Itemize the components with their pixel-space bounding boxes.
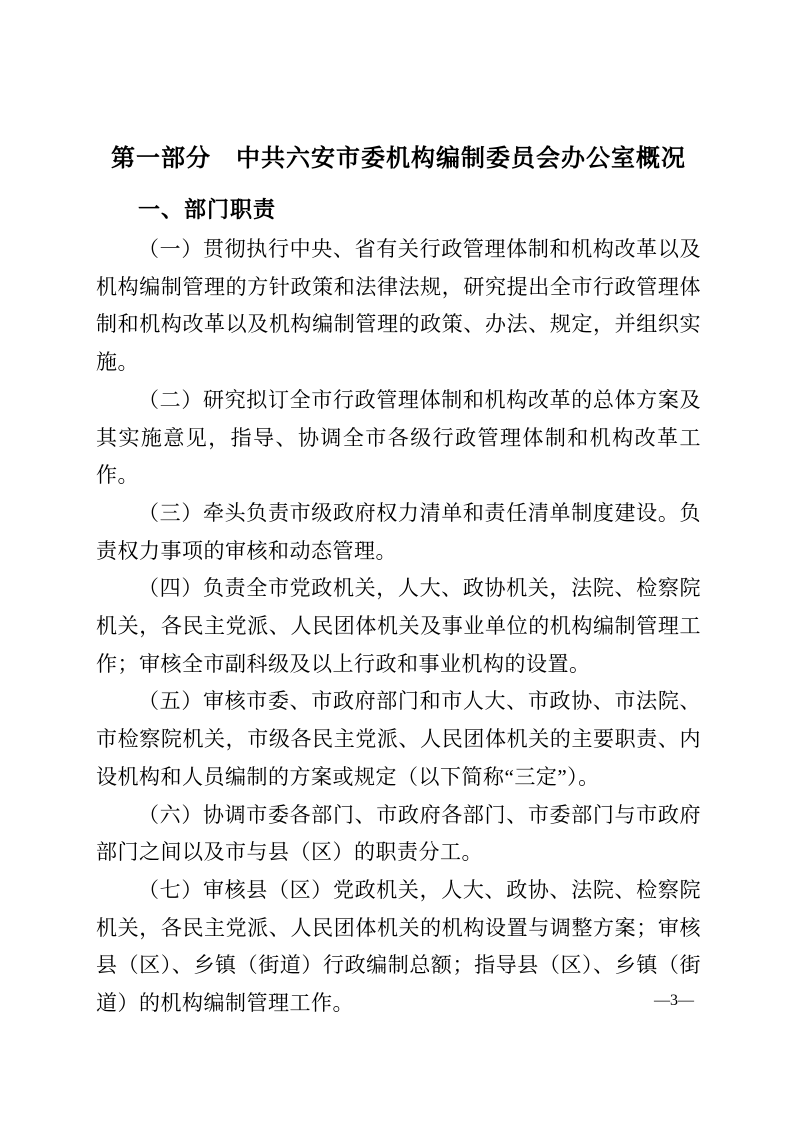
document-page: 第一部分 中共六安市委机构编制委员会办公室概况 一、部门职责 （一）贯彻执行中央…	[0, 0, 793, 1122]
paragraph-duty-7: （七）审核县（区）党政机关，人大、政协、法院、检察院机关，各民主党派、人民团体机…	[96, 872, 701, 1023]
paragraph-duty-3: （三）牵头负责市级政府权力清单和责任清单制度建设。负责权力事项的审核和动态管理。	[96, 495, 701, 570]
section-heading: 一、部门职责	[96, 195, 701, 225]
paragraph-duty-2: （二）研究拟订全市行政管理体制和机构改革的总体方案及其实施意见，指导、协调全市各…	[96, 382, 701, 495]
document-body: （一）贯彻执行中央、省有关行政管理体制和机构改革以及机构编制管理的方针政策和法律…	[96, 231, 701, 1023]
page-number: —3—	[654, 991, 694, 1011]
paragraph-duty-1: （一）贯彻执行中央、省有关行政管理体制和机构改革以及机构编制管理的方针政策和法律…	[96, 231, 701, 382]
paragraph-duty-4: （四）负责全市党政机关，人大、政协机关，法院、检察院机关，各民主党派、人民团体机…	[96, 570, 701, 683]
paragraph-duty-5: （五）审核市委、市政府部门和市人大、市政协、市法院、市检察院机关，市级各民主党派…	[96, 683, 701, 796]
page-title: 第一部分 中共六安市委机构编制委员会办公室概况	[96, 0, 701, 174]
paragraph-duty-6: （六）协调市委各部门、市政府各部门、市委部门与市政府部门之间以及市与县（区）的职…	[96, 797, 701, 872]
